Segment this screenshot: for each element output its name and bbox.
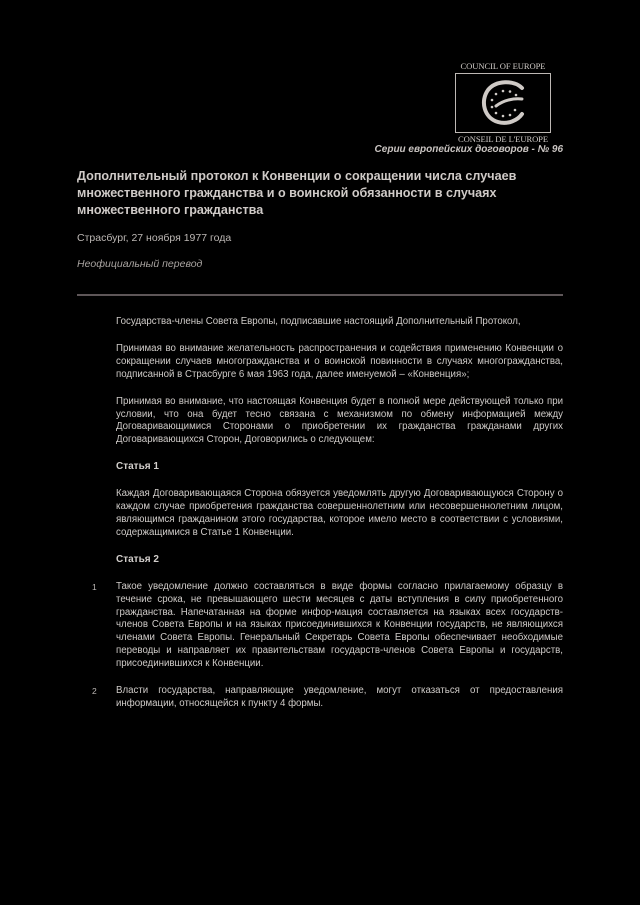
article-paragraph: Каждая Договаривающаяся Сторона обязуетс… [116,488,563,540]
paragraph-text: Такое уведомление должно составляться в … [116,581,563,669]
article-heading: Статья 2 [116,554,563,567]
logo-top-text: COUNCIL OF EUROPE [452,61,554,71]
horizontal-divider [77,294,563,296]
document-body: Государства-члены Совета Европы, подписа… [116,316,563,725]
article-paragraph: 2 Власти государства, направляющие уведо… [116,685,563,711]
paragraph-text: Власти государства, направляющие уведомл… [116,685,563,709]
preamble-paragraph: Государства-члены Совета Европы, подписа… [116,316,563,329]
unofficial-translation-note: Неофициальный перевод [77,258,202,270]
document-title: Дополнительный протокол к Конвенции о со… [77,168,547,219]
treaty-series-label: Серии европейских договоров - № 96 [375,144,563,155]
preamble-paragraph: Принимая во внимание желательность распр… [116,343,563,382]
article-paragraph: 1 Такое уведомление должно составляться … [116,581,563,671]
council-of-europe-emblem-icon [455,73,551,133]
place-date: Страсбург, 27 ноября 1977 года [77,232,231,244]
council-of-europe-logo: COUNCIL OF EUROPE CONSEIL DE L'EUROPE [452,61,554,144]
logo-bottom-text: CONSEIL DE L'EUROPE [452,134,554,144]
paragraph-number: 2 [92,685,97,698]
paragraph-number: 1 [92,581,97,594]
preamble-paragraph: Принимая во внимание, что настоящая Конв… [116,396,563,448]
article-heading: Статья 1 [116,461,563,474]
